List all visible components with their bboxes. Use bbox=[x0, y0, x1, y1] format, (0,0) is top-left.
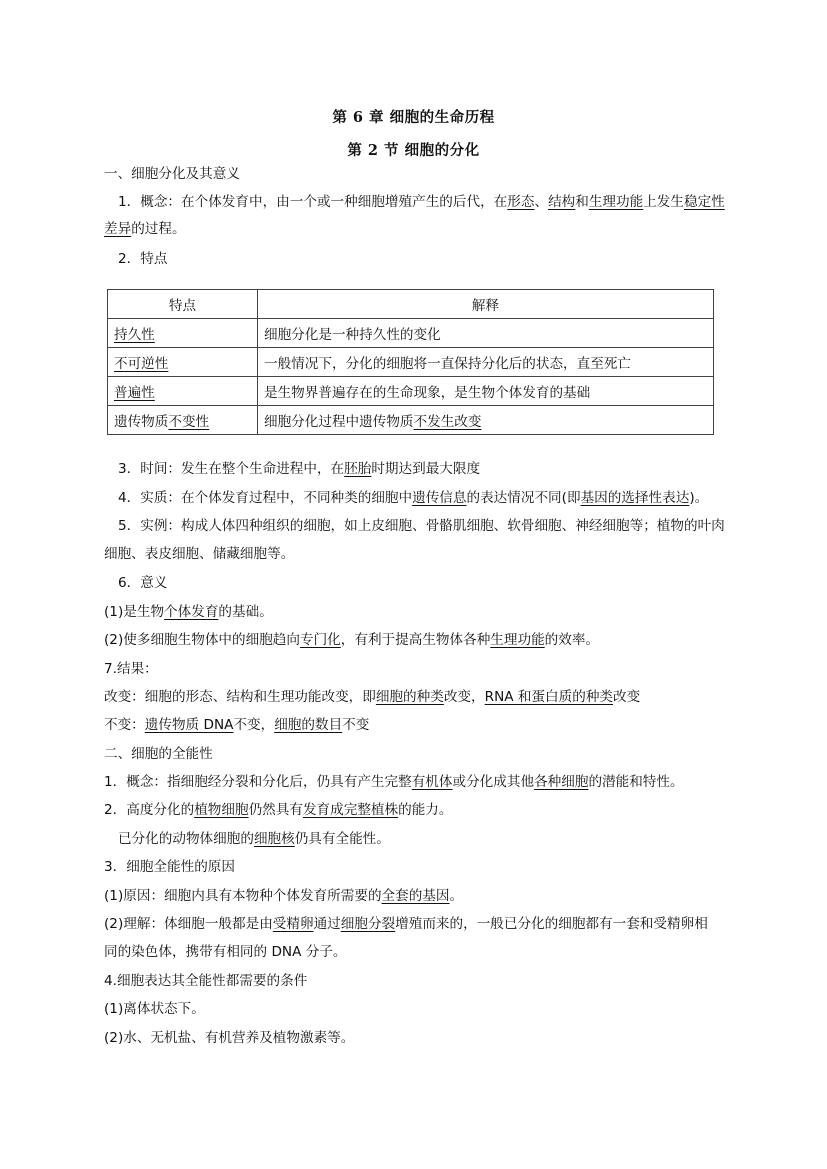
underlined-term: 生理功能 bbox=[490, 632, 544, 648]
animal-cell-line: 已分化的动物体细胞的细胞核仍具有全能性。 bbox=[118, 830, 390, 848]
essence-line: 4．实质：在个体发育过程中，不同种类的细胞中遗传信息的表达情况不同(即基因的选择… bbox=[118, 489, 708, 507]
examples-line-1: 5．实例：构成人体四种组织的细胞，如上皮细胞、骨骼肌细胞、软骨细胞、神经细胞等；… bbox=[118, 517, 725, 535]
underlined-term: 基因的选择性表达 bbox=[581, 490, 690, 506]
feature-term: 不可逆性 bbox=[114, 356, 168, 372]
underlined-term: 遗传信息 bbox=[412, 490, 466, 506]
underlined-term: 受精卵 bbox=[273, 916, 314, 932]
reason-2-line-2: 同的染色体，携带有相同的 DNA 分子。 bbox=[104, 943, 346, 961]
feature-term: 不变性 bbox=[168, 414, 209, 430]
result-change: 改变：细胞的形态、结构和生理功能改变，即细胞的种类改变，RNA 和蛋白质的种类改… bbox=[104, 688, 640, 706]
underlined-term: 差异 bbox=[104, 221, 131, 237]
underlined-term: 全套的基因 bbox=[382, 888, 450, 904]
table-header-row: 特点 解释 bbox=[108, 290, 714, 319]
underlined-term: RNA 和蛋白质的种类 bbox=[485, 689, 613, 705]
underlined-term: 有机体 bbox=[412, 774, 453, 790]
reason-2-line-1: (2)理解：体细胞一般都是由受精卵通过细胞分裂增殖而来的，一般已分化的细胞都有一… bbox=[104, 915, 708, 933]
underlined-term: 细胞分裂 bbox=[341, 916, 395, 932]
table-header-feature: 特点 bbox=[108, 290, 258, 319]
table-header-explanation: 解释 bbox=[258, 290, 714, 319]
significance-heading: 6．意义 bbox=[118, 574, 167, 592]
features-table: 特点 解释 持久性 细胞分化是一种持久性的变化 不可逆性 一般情况下，分化的细胞… bbox=[107, 289, 714, 435]
part1-heading: 一、细胞分化及其意义 bbox=[104, 165, 240, 183]
part2-heading: 二、细胞的全能性 bbox=[104, 745, 213, 763]
underlined-term: 形态 bbox=[507, 194, 534, 210]
result-nochange: 不变：遗传物质 DNA不变，细胞的数目不变 bbox=[104, 716, 369, 734]
underlined-term: 结构 bbox=[548, 194, 575, 210]
underlined-term: 生理功能 bbox=[589, 194, 643, 210]
table-row: 遗传物质不变性 细胞分化过程中遗传物质不发生改变 bbox=[108, 406, 714, 435]
table-row: 普遍性 是生物界普遍存在的生命现象，是生物个体发育的基础 bbox=[108, 377, 714, 406]
reason-heading: 3．细胞全能性的原因 bbox=[104, 858, 235, 876]
document-page: 第 6 章 细胞的生命历程 第 2 节 细胞的分化 一、细胞分化及其意义 1．概… bbox=[0, 0, 827, 1169]
table-row: 不可逆性 一般情况下，分化的细胞将一直保持分化后的状态，直至死亡 bbox=[108, 348, 714, 377]
underlined-term: 专门化 bbox=[300, 632, 341, 648]
feature-term: 普遍性 bbox=[114, 385, 155, 401]
chapter-title: 第 6 章 细胞的生命历程 bbox=[0, 106, 827, 127]
feature-term: 持久性 bbox=[114, 327, 155, 343]
underlined-term: 发育成完整植株 bbox=[303, 802, 398, 818]
underlined-term: 个体发育 bbox=[164, 604, 218, 620]
significance-2: (2)使多细胞生物体中的细胞趋向专门化，有利于提高生物体各种生理功能的效率。 bbox=[104, 631, 599, 649]
underlined-term: 细胞的种类 bbox=[376, 689, 444, 705]
result-heading: 7.结果： bbox=[104, 660, 158, 678]
features-heading: 2．特点 bbox=[118, 250, 167, 268]
examples-line-2: 细胞、表皮细胞、储藏细胞等。 bbox=[104, 545, 294, 563]
time-line: 3．时间：发生在整个生命进程中，在胚胎时期达到最大限度 bbox=[118, 460, 480, 478]
reason-1: (1)原因：细胞内具有本物种个体发育所需要的全套的基因。 bbox=[104, 887, 463, 905]
significance-1: (1)是生物个体发育的基础。 bbox=[104, 603, 273, 621]
condition-1: (1)离体状态下。 bbox=[104, 1000, 205, 1018]
table-row: 持久性 细胞分化是一种持久性的变化 bbox=[108, 319, 714, 348]
concept-line-1: 1．概念：在个体发育中，由一个或一种细胞增殖产生的后代，在形态、结构和生理功能上… bbox=[118, 193, 725, 211]
underlined-term: 植物细胞 bbox=[194, 802, 248, 818]
underlined-term: 胚胎 bbox=[344, 461, 371, 477]
totipotency-concept: 1．概念：指细胞经分裂和分化后，仍具有产生完整有机体或分化成其他各种细胞的潜能和… bbox=[104, 773, 684, 791]
underlined-term: 遗传物质 DNA bbox=[145, 717, 234, 733]
conditions-heading: 4.细胞表达其全能性都需要的条件 bbox=[104, 972, 307, 990]
plant-cell-line: 2．高度分化的植物细胞仍然具有发育成完整植株的能力。 bbox=[104, 801, 453, 819]
underlined-term: 稳定性 bbox=[684, 194, 725, 210]
underlined-term: 细胞核 bbox=[254, 831, 295, 847]
concept-line-2: 差异的过程。 bbox=[104, 220, 186, 238]
condition-2: (2)水、无机盐、有机营养及植物激素等。 bbox=[104, 1029, 354, 1047]
underlined-term: 细胞的数目 bbox=[274, 717, 342, 733]
section-title: 第 2 节 细胞的分化 bbox=[0, 139, 827, 160]
underlined-term: 各种细胞 bbox=[534, 774, 588, 790]
